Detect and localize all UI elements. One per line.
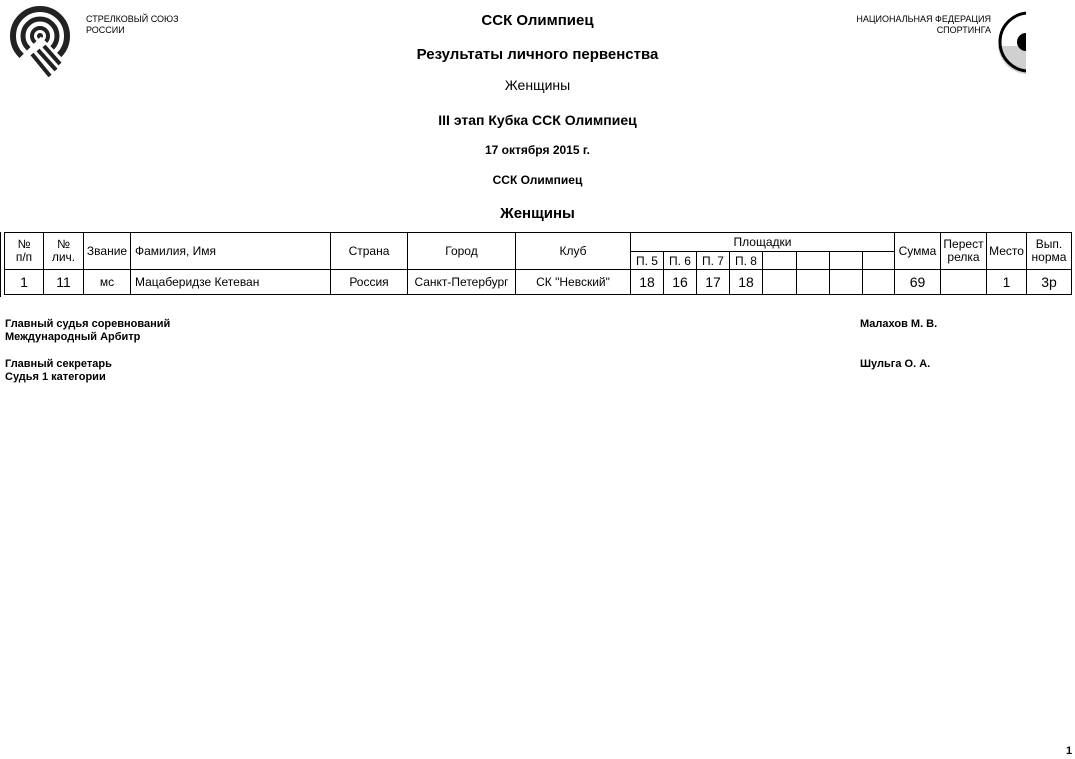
report-title: Результаты личного первенства xyxy=(0,46,1075,63)
cell-club: СК "Невский" xyxy=(516,270,631,295)
header-range-5: П. 5 xyxy=(631,252,664,270)
header-range-7: П. 7 xyxy=(697,252,730,270)
header-ranges-group: Площадки xyxy=(631,233,895,252)
table-header-row: № п/п № лич. Звание Фамилия, Имя Страна … xyxy=(5,233,1072,252)
header-shootoff-line-2: релка xyxy=(941,251,986,264)
header-range-empty xyxy=(863,252,895,270)
cell-city: Санкт-Петербург xyxy=(408,270,516,295)
cell-bib: 11 xyxy=(44,270,84,295)
header-bib-line-2: лич. xyxy=(44,251,83,264)
chief-judge-role: Главный судья соревнований xyxy=(5,318,170,331)
header-range-empty xyxy=(830,252,863,270)
cell-rank: мс xyxy=(84,270,131,295)
group-title: Женщины xyxy=(0,205,1075,222)
cell-range-score xyxy=(763,270,797,295)
cell-norm: 3р xyxy=(1027,270,1072,295)
organizer-title: ССК Олимпиец xyxy=(0,12,1075,29)
cell-num: 1 xyxy=(5,270,44,295)
header-bib: № лич. xyxy=(44,233,84,270)
header-country: Страна xyxy=(331,233,408,270)
cell-range-score xyxy=(797,270,830,295)
chief-judge-block: Главный судья соревнований Международный… xyxy=(5,318,170,344)
cell-range-score: 18 xyxy=(730,270,763,295)
results-table: № п/п № лич. Звание Фамилия, Имя Страна … xyxy=(4,232,1072,295)
header-range-8: П. 8 xyxy=(730,252,763,270)
header-range-empty xyxy=(763,252,797,270)
cell-range-score xyxy=(863,270,895,295)
chief-judge-name: Малахов М. В. xyxy=(860,318,937,331)
cell-range-score: 16 xyxy=(664,270,697,295)
chief-secretary-title: Судья 1 категории xyxy=(5,371,112,384)
cell-total: 69 xyxy=(895,270,941,295)
header-city: Город xyxy=(408,233,516,270)
table-left-border xyxy=(0,232,1,297)
cell-country: Россия xyxy=(331,270,408,295)
cell-shootoff xyxy=(941,270,987,295)
header-name: Фамилия, Имя xyxy=(131,233,331,270)
cell-range-score xyxy=(830,270,863,295)
header-club: Клуб xyxy=(516,233,631,270)
category-title: Женщины xyxy=(0,77,1075,93)
header-norm: Вып. норма xyxy=(1027,233,1072,270)
cell-range-score: 18 xyxy=(631,270,664,295)
header-range-empty xyxy=(797,252,830,270)
header-rank: Звание xyxy=(84,233,131,270)
header-total: Сумма xyxy=(895,233,941,270)
chief-secretary-role: Главный секретарь xyxy=(5,358,112,371)
header-shootoff: Перест релка xyxy=(941,233,987,270)
header-num: № п/п xyxy=(5,233,44,270)
header-num-line-2: п/п xyxy=(5,251,43,264)
table-row: 1 11 мс Мацаберидзе Кетеван Россия Санкт… xyxy=(5,270,1072,295)
header-range-6: П. 6 xyxy=(664,252,697,270)
chief-judge-title: Международный Арбитр xyxy=(5,331,170,344)
cell-place: 1 xyxy=(987,270,1027,295)
event-venue: ССК Олимпиец xyxy=(0,173,1075,187)
chief-secretary-block: Главный секретарь Судья 1 категории xyxy=(5,358,112,384)
header-norm-line-2: норма xyxy=(1027,251,1071,264)
header-place: Место xyxy=(987,233,1027,270)
event-date: 17 октября 2015 г. xyxy=(0,143,1075,157)
cell-range-score: 17 xyxy=(697,270,730,295)
cell-name: Мацаберидзе Кетеван xyxy=(131,270,331,295)
chief-secretary-name: Шульга О. А. xyxy=(860,358,930,371)
page-number: 1 xyxy=(1066,745,1072,757)
event-title: III этап Кубка ССК Олимпиец xyxy=(0,112,1075,128)
